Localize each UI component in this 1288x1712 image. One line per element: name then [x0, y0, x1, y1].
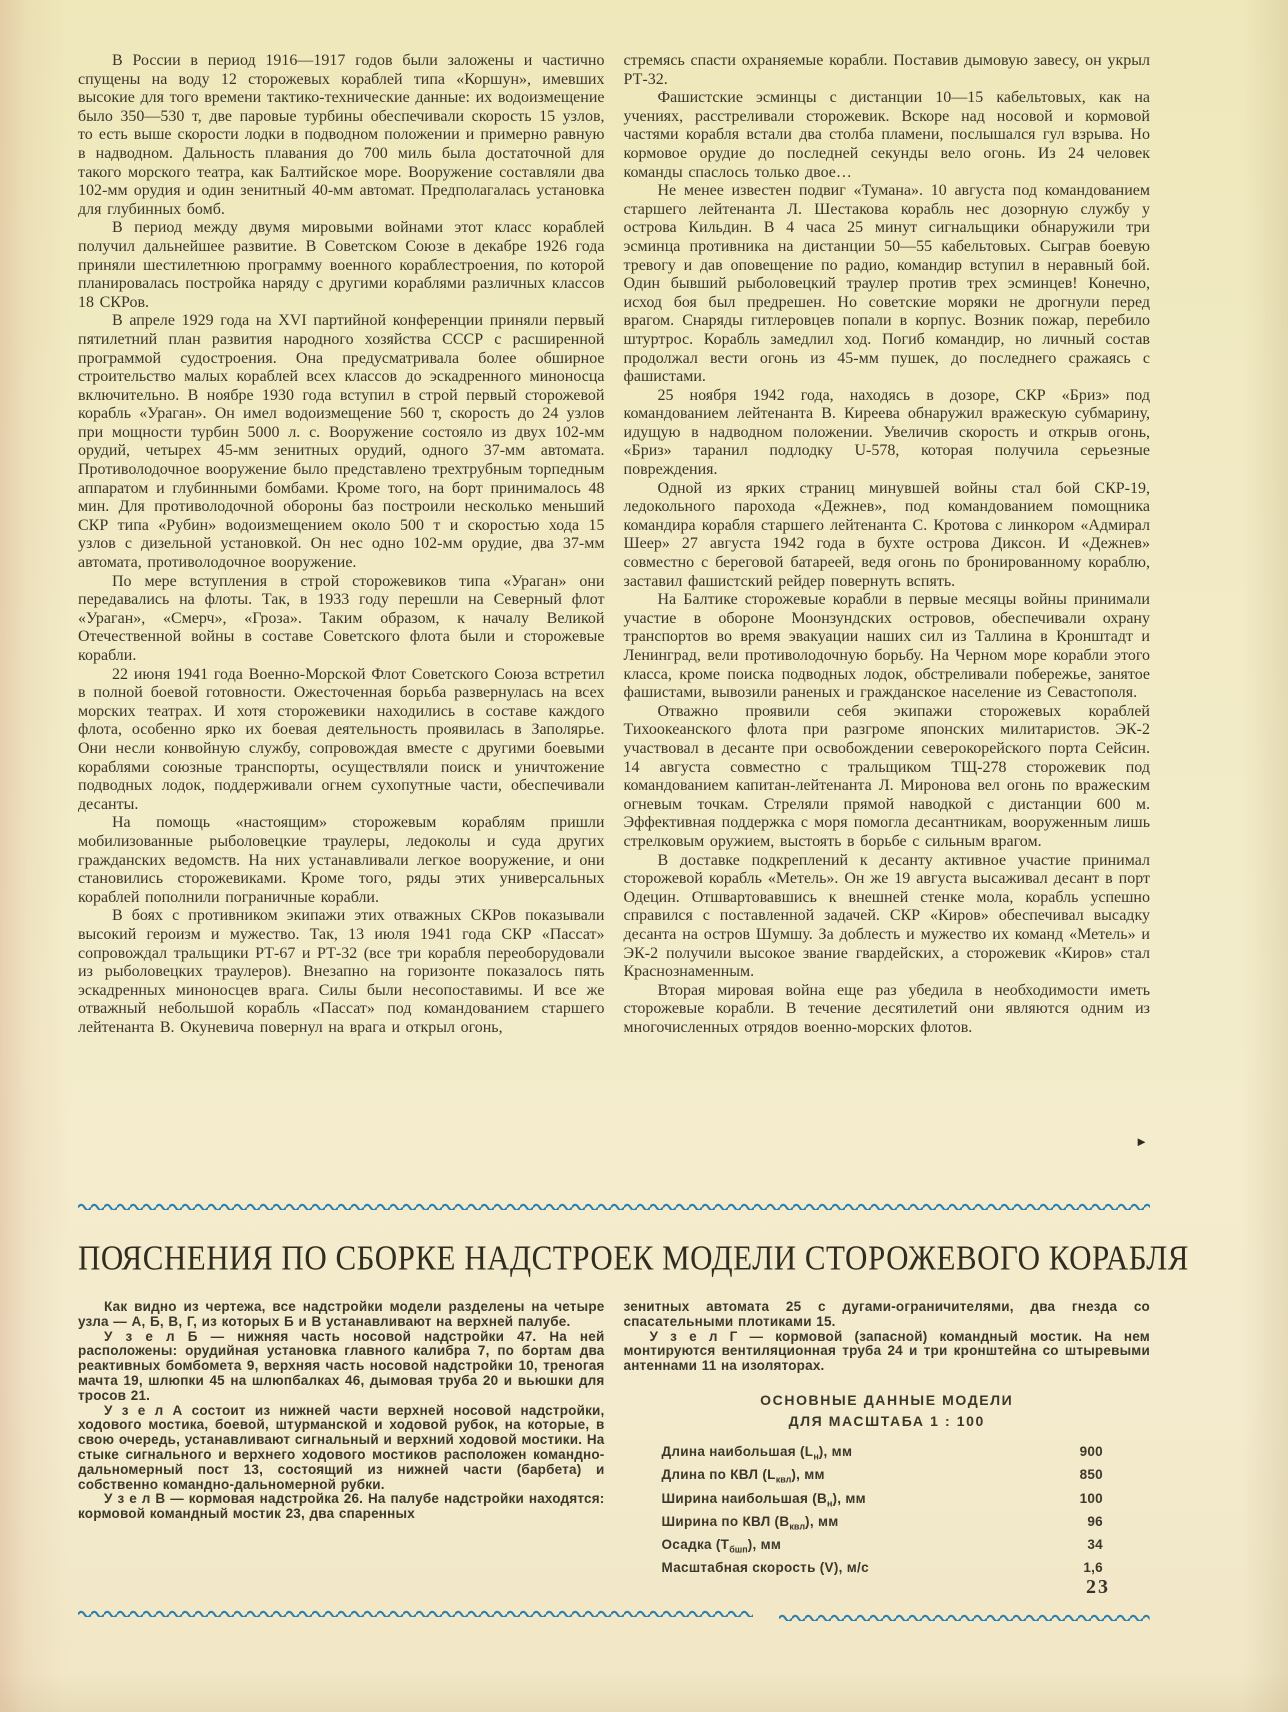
- paragraph: В апреле 1929 года на XVI партийной конф…: [78, 312, 605, 572]
- table-row: Ширина наибольшая (Вн), мм 100: [662, 1490, 1104, 1513]
- table-title-line2: ДЛЯ МАСШТАБА 1 : 100: [624, 1413, 1151, 1429]
- assembly-notes-left-column: Как видно из чертежа, все надстройки мод…: [78, 1300, 605, 1583]
- spec-label: Ширина по КВЛ (Вквл), мм: [662, 1513, 839, 1536]
- spec-value: 100: [1080, 1490, 1103, 1509]
- history-article-left-column: В России в период 1916—1917 годов были з…: [78, 52, 605, 1174]
- article-end-arrow-icon: ►: [1135, 1134, 1148, 1150]
- spec-label: Длина наибольшая (Lн), мм: [662, 1443, 853, 1466]
- paragraph: В боях с противником экипажи этих отважн…: [78, 907, 605, 1037]
- wavy-divider-bottom-left: [78, 1607, 753, 1617]
- assembly-notes-right-column: зенитных автомата 25 с дугами-ограничите…: [624, 1300, 1151, 1583]
- spec-value: 900: [1080, 1443, 1103, 1462]
- wavy-divider-bottom-right: [779, 1611, 1150, 1621]
- table-row: Осадка (Тбшп), мм 34: [662, 1536, 1104, 1559]
- paragraph: Не менее известен подвиг «Тумана». 10 ав…: [624, 182, 1151, 387]
- assembly-notes-section: Как видно из чертежа, все надстройки мод…: [78, 1300, 1150, 1583]
- paragraph: зенитных автомата 25 с дугами-ограничите…: [624, 1300, 1151, 1330]
- table-row: Масштабная скорость (V), м/с 1,6: [662, 1559, 1104, 1582]
- paragraph: 22 июня 1941 года Военно-Морской Флот Со…: [78, 666, 605, 815]
- table-title-line1: ОСНОВНЫЕ ДАННЫЕ МОДЕЛИ: [624, 1392, 1151, 1408]
- table-row: Ширина по КВЛ (Вквл), мм 96: [662, 1513, 1104, 1536]
- magazine-page: В России в период 1916—1917 годов были з…: [0, 0, 1288, 1712]
- spec-value: 34: [1087, 1536, 1103, 1555]
- spec-label: Масштабная скорость (V), м/с: [662, 1559, 869, 1582]
- paragraph: На Балтике сторожевые корабли в первые м…: [624, 591, 1151, 703]
- model-data-table-title: ОСНОВНЫЕ ДАННЫЕ МОДЕЛИ ДЛЯ МАСШТАБА 1 : …: [624, 1392, 1151, 1429]
- table-row: Длина по КВЛ (Lквл), мм 850: [662, 1466, 1104, 1489]
- paragraph: У з е л А состоит из нижней части верхне…: [78, 1404, 605, 1493]
- spec-value: 96: [1087, 1513, 1103, 1532]
- page-number: 23: [1086, 1576, 1110, 1599]
- paragraph: У з е л Б — нижняя часть носовой надстро…: [78, 1330, 605, 1404]
- history-article: В России в период 1916—1917 годов были з…: [78, 52, 1150, 1174]
- paragraph: У з е л Г — кормовой (запасной) командны…: [624, 1330, 1151, 1374]
- spec-label: Осадка (Тбшп), мм: [662, 1536, 782, 1559]
- section-heading: ПОЯСНЕНИЯ ПО СБОРКЕ НАДСТРОЕК МОДЕЛИ СТО…: [78, 1237, 1150, 1278]
- spec-label: Длина по КВЛ (Lквл), мм: [662, 1466, 825, 1489]
- paragraph: У з е л В — кормовая надстройка 26. На п…: [78, 1492, 605, 1522]
- history-article-right-column: стремясь спасти охраняемые корабли. Пост…: [624, 52, 1151, 1174]
- paragraph: На помощь «настоящим» сторожевым корабля…: [78, 814, 605, 907]
- paragraph: 25 ноября 1942 года, находясь в дозоре, …: [624, 387, 1151, 480]
- table-row: Длина наибольшая (Lн), мм 900: [662, 1443, 1104, 1466]
- paragraph: Одной из ярких страниц минувшей войны ст…: [624, 480, 1151, 592]
- paragraph: В период между двумя мировыми войнами эт…: [78, 219, 605, 312]
- paragraph: По мере вступления в строй сторожевиков …: [78, 573, 605, 666]
- wavy-divider-top: [78, 1200, 1150, 1210]
- paragraph: Как видно из чертежа, все надстройки мод…: [78, 1300, 605, 1330]
- wavy-divider-bottom: [78, 1607, 1150, 1621]
- spec-value: 850: [1080, 1466, 1103, 1485]
- spec-label: Ширина наибольшая (Вн), мм: [662, 1490, 866, 1513]
- paragraph: Вторая мировая война еще раз убедила в н…: [624, 982, 1151, 1038]
- paragraph: стремясь спасти охраняемые корабли. Пост…: [624, 52, 1151, 89]
- paragraph: В доставке подкреплений к десанту активн…: [624, 852, 1151, 982]
- paragraph: Фашистские эсминцы с дистанции 10—15 каб…: [624, 89, 1151, 182]
- model-data-table: Длина наибольшая (Lн), мм 900 Длина по К…: [624, 1443, 1151, 1583]
- paragraph: Отважно проявили себя экипажи сторожевых…: [624, 703, 1151, 852]
- paragraph: В России в период 1916—1917 годов были з…: [78, 52, 605, 219]
